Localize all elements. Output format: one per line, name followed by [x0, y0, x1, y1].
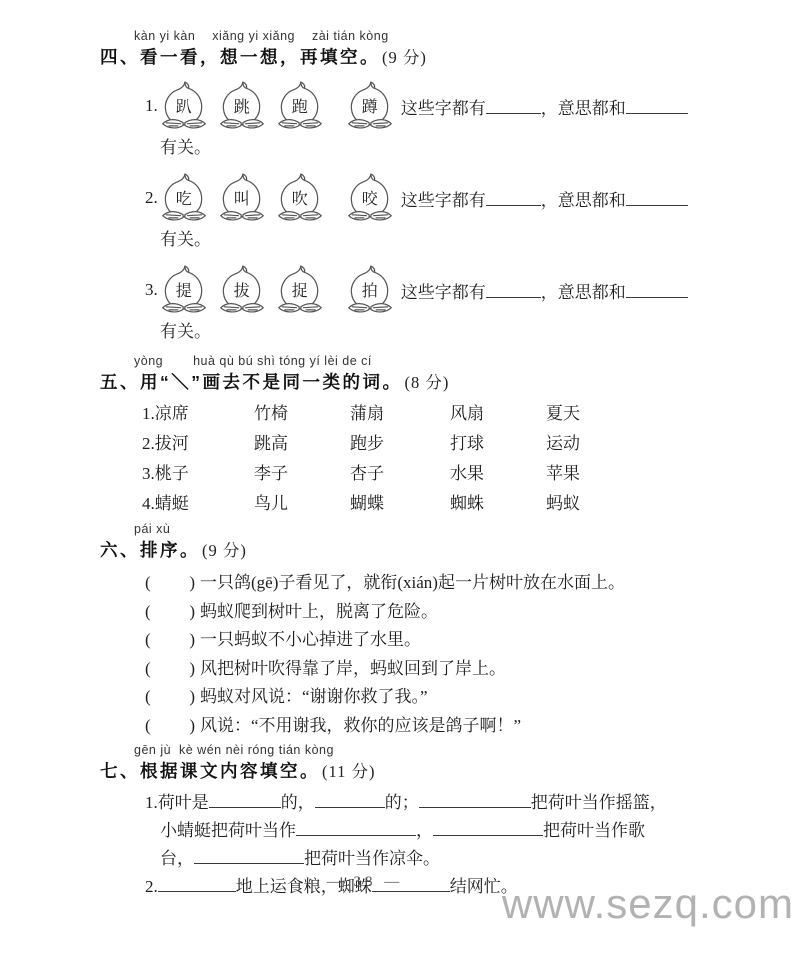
peach-character: 拍	[347, 278, 393, 301]
word: 李子	[254, 463, 350, 485]
word: 蝴蝶	[350, 493, 450, 515]
sequence-line: ()一只鸽(gē)子看见了，就衔(xián)起一片树叶放在水面上。	[145, 569, 750, 598]
answer-parentheses: ()	[145, 598, 195, 627]
word: 跑步	[350, 433, 450, 455]
word: 水果	[450, 463, 546, 485]
section-five-title: 五、用“＼”画去不是同一类的词。	[100, 372, 403, 392]
close-paren: )	[189, 655, 195, 684]
answer-blank	[486, 98, 541, 114]
word-grid: 1.凉席 竹椅 蒲扇 风扇 夏天 2.拔河 跳高 跑步 打球 运动 3.桃子 李…	[142, 403, 750, 515]
answer-blank	[626, 190, 688, 206]
section-six-pinyin: pái xù	[134, 521, 750, 537]
answer-blank	[315, 792, 385, 808]
text-part: 荷叶是	[158, 793, 209, 812]
peach-outline-icon: 跑	[277, 78, 323, 134]
answer-blank	[486, 190, 541, 206]
peach-row: 1. 趴 跳 跑 蹲 这些字都有，意思都和	[145, 77, 750, 135]
sequence-line: ()蚂蚁对风说：“谢谢你救了我。”	[145, 683, 750, 712]
peach-outline-icon: 叫	[219, 170, 265, 226]
answer-parentheses: ()	[145, 683, 195, 712]
peach-character: 趴	[161, 94, 207, 117]
item-number: 4.	[142, 494, 155, 513]
word: 运动	[546, 433, 750, 455]
peach-outline-icon: 吹	[277, 170, 323, 226]
close-paren: )	[189, 683, 195, 712]
text-part: 把荷叶当作歌	[543, 821, 645, 840]
section-four-pinyin: kàn yi kàn xiǎng yi xiǎng zài tián kòng	[134, 28, 750, 44]
text-part: 台，	[160, 849, 194, 868]
sequence-line: ()风把树叶吹得靠了岸，蚂蚁回到了岸上。	[145, 655, 750, 684]
text-part: ，	[416, 821, 433, 840]
word: 苹果	[546, 463, 750, 485]
sentence: 蚂蚁爬到树叶上，脱离了危险。	[200, 602, 438, 621]
sentence: 风说：“不用谢我，救你的应该是鸽子啊！”	[200, 716, 521, 735]
word-cell: 4.蜻蜓	[142, 493, 254, 515]
open-paren: (	[145, 655, 151, 684]
fill-line: 台，把荷叶当作凉伞。	[160, 845, 750, 873]
item-text: 这些字都有，意思都和	[401, 94, 688, 119]
peach-outline-icon: 捉	[277, 262, 323, 318]
section-six-title: 六、排序。	[100, 540, 200, 560]
peach-character: 提	[161, 278, 207, 301]
word: 杏子	[350, 463, 450, 485]
answer-blank	[194, 848, 304, 864]
peach-character: 蹲	[347, 94, 393, 117]
section-five-pinyin: yòng huà qù bú shì tóng yí lèi de cí	[134, 353, 750, 369]
item-number: 1.	[145, 96, 158, 116]
text-part: 的，	[281, 793, 315, 812]
close-paren: )	[189, 712, 195, 741]
section-four-score: (9 分)	[382, 48, 427, 67]
section-four-heading: 四、看一看，想一想，再填空。(9 分)	[100, 44, 750, 70]
peach-character: 咬	[347, 186, 393, 209]
open-paren: (	[145, 683, 151, 712]
peach-outline-icon: 跳	[219, 78, 265, 134]
worksheet-page: kàn yi kàn xiǎng yi xiǎng zài tián kòng …	[0, 0, 800, 956]
word: 蜘蛛	[450, 493, 546, 515]
section-seven-pinyin: gēn jù kè wén nèi róng tián kòng	[134, 742, 750, 758]
answer-blank	[433, 820, 543, 836]
word: 蜻蜓	[155, 494, 189, 513]
answer-parentheses: ()	[145, 655, 195, 684]
peach-outline-icon: 咬	[347, 170, 393, 226]
word: 竹椅	[254, 403, 350, 425]
sentence: 风把树叶吹得靠了岸，蚂蚁回到了岸上。	[200, 659, 506, 678]
item-text: 这些字都有，意思都和	[401, 278, 688, 303]
item-number: 2.	[142, 434, 155, 453]
peach-outline-icon: 提	[161, 262, 207, 318]
peach-outline-icon: 趴	[161, 78, 207, 134]
open-paren: (	[145, 569, 151, 598]
peach-character: 拔	[219, 278, 265, 301]
answer-parentheses: ()	[145, 712, 195, 741]
section-seven-title: 七、根据课文内容填空。	[100, 761, 320, 781]
text-part: 小蜻蜓把荷叶当作	[160, 821, 296, 840]
peach-outline-icon: 蹲	[347, 78, 393, 134]
answer-blank	[626, 98, 688, 114]
section-five-score: (8 分)	[405, 373, 450, 392]
section-four-title: 四、看一看，想一想，再填空。	[100, 47, 380, 67]
sentence: 一只鸽(gē)子看见了，就衔(xián)起一片树叶放在水面上。	[200, 573, 625, 592]
word: 蒲扇	[350, 403, 450, 425]
item-number: 3.	[142, 464, 155, 483]
sequence-list: ()一只鸽(gē)子看见了，就衔(xián)起一片树叶放在水面上。 ()蚂蚁爬到…	[100, 569, 750, 740]
word: 桃子	[155, 464, 189, 483]
word: 蚂蚁	[546, 493, 750, 515]
close-paren: )	[189, 598, 195, 627]
item-text-part: ，意思都和	[541, 191, 626, 210]
item-number: 3.	[145, 280, 158, 300]
fill-line: 1.荷叶是的，的；把荷叶当作摇篮，	[145, 789, 750, 817]
fill-line: 小蜻蜓把荷叶当作，把荷叶当作歌	[160, 817, 750, 845]
text-part: 把荷叶当作摇篮，	[531, 793, 667, 812]
answer-blank	[296, 820, 416, 836]
peach-outline-icon: 吃	[161, 170, 207, 226]
peach-character: 跳	[219, 94, 265, 117]
close-paren: )	[189, 569, 195, 598]
word-cell: 2.拔河	[142, 433, 254, 455]
section-seven-heading: 七、根据课文内容填空。(11 分)	[100, 758, 750, 784]
word-cell: 1.凉席	[142, 403, 254, 425]
text-part: 把荷叶当作凉伞。	[304, 849, 440, 868]
open-paren: (	[145, 712, 151, 741]
section-six-score: (9 分)	[202, 541, 247, 560]
item-text-part: 这些字都有	[401, 99, 486, 118]
open-paren: (	[145, 598, 151, 627]
close-paren: )	[189, 626, 195, 655]
word: 凉席	[155, 404, 189, 423]
item-tail: 有关。	[160, 321, 750, 343]
peach-outline-icon: 拍	[347, 262, 393, 318]
item-number: 1.	[142, 404, 155, 423]
watermark: www.sezq.com	[502, 880, 794, 928]
section-five: yòng huà qù bú shì tóng yí lèi de cí 五、用…	[100, 353, 750, 515]
item-number: 1.	[145, 793, 158, 812]
peach-character: 吃	[161, 186, 207, 209]
answer-blank	[486, 282, 541, 298]
word: 跳高	[254, 433, 350, 455]
word: 风扇	[450, 403, 546, 425]
peach-row: 3. 提 拔 捉 拍 这些字都有，意思都和	[145, 261, 750, 319]
word: 夏天	[546, 403, 750, 425]
item-text: 这些字都有，意思都和	[401, 186, 688, 211]
peach-character: 吹	[277, 186, 323, 209]
item-text-part: ，意思都和	[541, 99, 626, 118]
answer-blank	[419, 792, 531, 808]
text-part: 的；	[385, 793, 419, 812]
peach-outline-icon: 拔	[219, 262, 265, 318]
item-tail: 有关。	[160, 137, 750, 159]
item-text-part: ，意思都和	[541, 283, 626, 302]
section-six: pái xù 六、排序。(9 分) ()一只鸽(gē)子看见了，就衔(xián)…	[100, 521, 750, 740]
list-item: 2. 吃 叫 吹 咬 这些字都有，意思都和 有关。	[145, 169, 750, 251]
word-cell: 3.桃子	[142, 463, 254, 485]
item-text-part: 这些字都有	[401, 191, 486, 210]
peach-row: 2. 吃 叫 吹 咬 这些字都有，意思都和	[145, 169, 750, 227]
word: 拔河	[155, 434, 189, 453]
sentence: 蚂蚁对风说：“谢谢你救了我。”	[200, 687, 428, 706]
peach-character: 捉	[277, 278, 323, 301]
answer-blank	[626, 282, 688, 298]
item-text-part: 这些字都有	[401, 283, 486, 302]
sequence-line: ()一只蚂蚁不小心掉进了水里。	[145, 626, 750, 655]
section-five-heading: 五、用“＼”画去不是同一类的词。(8 分)	[100, 369, 750, 395]
list-item: 1. 趴 跳 跑 蹲 这些字都有，意思都和 有关。	[145, 77, 750, 159]
section-seven-score: (11 分)	[322, 762, 376, 781]
sequence-line: ()风说：“不用谢我，救你的应该是鸽子啊！”	[145, 712, 750, 741]
peach-character: 叫	[219, 186, 265, 209]
item-number: 2.	[145, 188, 158, 208]
section-six-heading: 六、排序。(9 分)	[100, 537, 750, 563]
word: 鸟儿	[254, 493, 350, 515]
answer-blank	[209, 792, 281, 808]
word: 打球	[450, 433, 546, 455]
section-four: kàn yi kàn xiǎng yi xiǎng zài tián kòng …	[100, 28, 750, 343]
list-item: 3. 提 拔 捉 拍 这些字都有，意思都和 有关。	[145, 261, 750, 343]
answer-parentheses: ()	[145, 626, 195, 655]
sequence-line: ()蚂蚁爬到树叶上，脱离了危险。	[145, 598, 750, 627]
answer-parentheses: ()	[145, 569, 195, 598]
sentence: 一只蚂蚁不小心掉进了水里。	[200, 630, 421, 649]
open-paren: (	[145, 626, 151, 655]
item-tail: 有关。	[160, 229, 750, 251]
peach-character: 跑	[277, 94, 323, 117]
